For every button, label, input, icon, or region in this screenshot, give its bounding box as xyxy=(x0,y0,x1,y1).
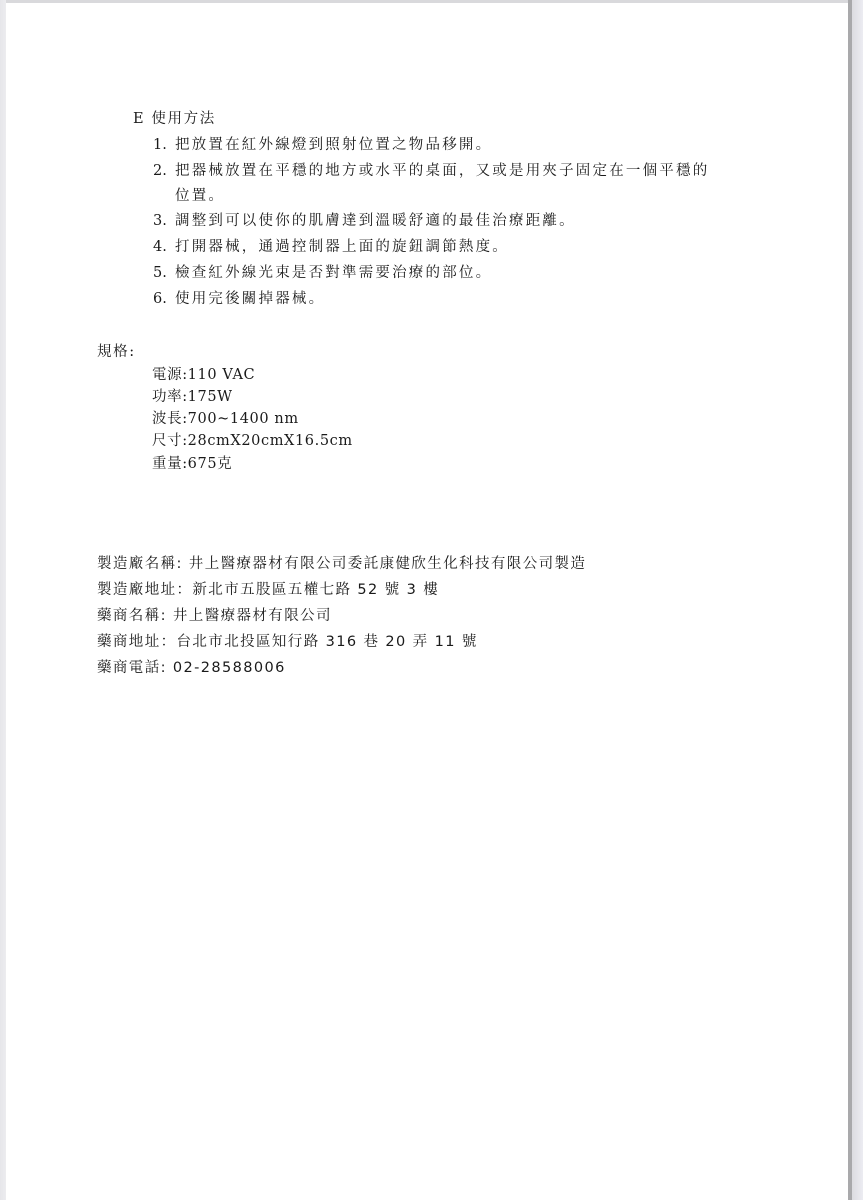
page-right-shadow xyxy=(852,0,863,1200)
usage-section-title: E 使用方法 xyxy=(133,110,216,128)
usage-step-3: 3.調整到可以使你的肌膚達到溫暖舒適的最佳治療距離。 xyxy=(153,212,576,230)
step-text: 把器械放置在平穩的地方或水平的桌面，又或是用夾子固定在一個平穩的 xyxy=(175,163,709,179)
step-number: 3. xyxy=(153,212,175,230)
specs-title: 規格: xyxy=(97,343,136,361)
step-number: 2. xyxy=(153,162,175,180)
usage-step-2: 2.把器械放置在平穩的地方或水平的桌面，又或是用夾子固定在一個平穩的 xyxy=(153,162,709,180)
usage-step-5: 5.檢查紅外線光束是否對準需要治療的部位。 xyxy=(153,264,492,282)
manufacturer-address: 製造廠地址：新北市五股區五權七路 52 號 3 樓 xyxy=(97,581,439,599)
spec-wattage: 功率:175W xyxy=(152,388,233,406)
spec-dimensions: 尺寸:28cmX20cmX16.5cm xyxy=(152,432,353,450)
usage-step-6: 6.使用完後關掉器械。 xyxy=(153,290,325,308)
usage-step-1: 1.把放置在紅外線燈到照射位置之物品移開。 xyxy=(153,136,492,154)
spec-weight: 重量:675克 xyxy=(152,455,232,473)
distributor-name: 藥商名稱: 井上醫療器材有限公司 xyxy=(97,607,332,625)
step-number: 1. xyxy=(153,136,175,154)
spec-wavelength: 波長:700~1400 nm xyxy=(152,410,299,428)
document-page xyxy=(6,3,848,1200)
step-text: 把放置在紅外線燈到照射位置之物品移開。 xyxy=(175,137,492,153)
usage-step-4: 4.打開器械，通過控制器上面的旋鈕調節熱度。 xyxy=(153,238,509,256)
usage-step-2-continuation: 位置。 xyxy=(175,187,225,205)
step-text: 使用完後關掉器械。 xyxy=(175,291,325,307)
manufacturer-name: 製造廠名稱: 井上醫療器材有限公司委託康健欣生化科技有限公司製造 xyxy=(97,555,586,573)
step-number: 6. xyxy=(153,290,175,308)
step-text: 調整到可以使你的肌膚達到溫暖舒適的最佳治療距離。 xyxy=(175,213,576,229)
step-text: 檢查紅外線光束是否對準需要治療的部位。 xyxy=(175,265,492,281)
spec-power-source: 電源:110 VAC xyxy=(152,366,255,384)
step-number: 4. xyxy=(153,238,175,256)
distributor-address: 藥商地址：台北市北投區知行路 316 巷 20 弄 11 號 xyxy=(97,633,478,651)
step-number: 5. xyxy=(153,264,175,282)
step-text: 打開器械，通過控制器上面的旋鈕調節熱度。 xyxy=(175,239,509,255)
distributor-phone: 藥商電話: 02-28588006 xyxy=(97,659,286,677)
